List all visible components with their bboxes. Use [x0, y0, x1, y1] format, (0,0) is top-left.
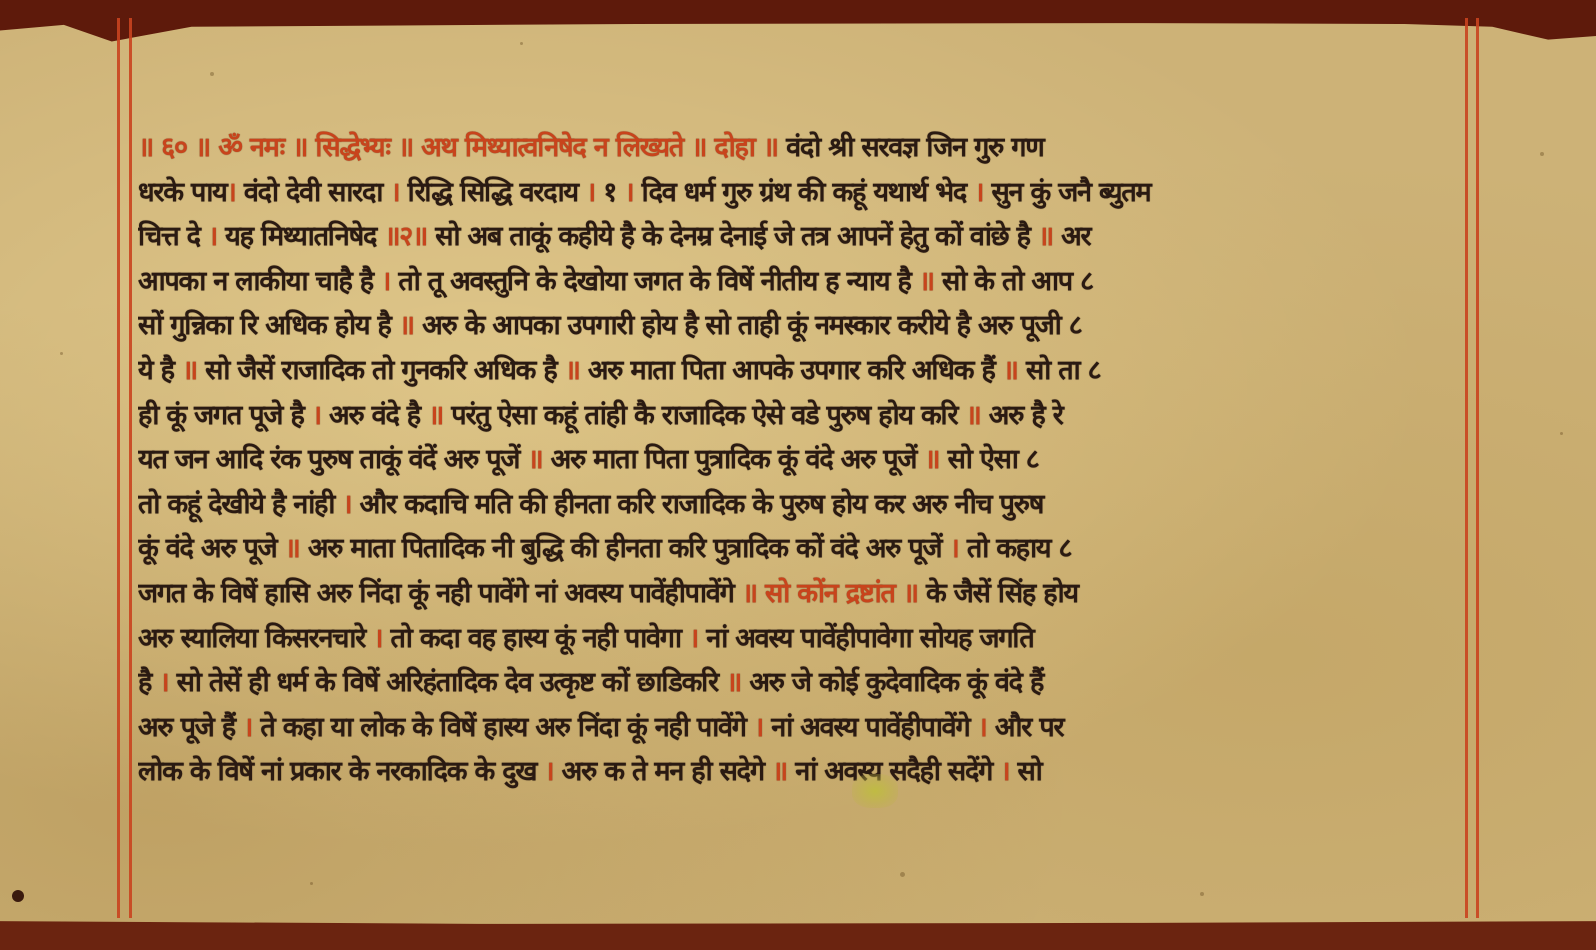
manuscript-line: यत जन आदि रंक पुरुष ताकूं वंदें अरु पूजे…: [138, 438, 1450, 483]
left-frame-rule-inner: [129, 18, 132, 918]
rubricated-text: ।: [689, 623, 698, 654]
rubricated-text: ॥: [285, 533, 300, 564]
paper-speck: [520, 42, 523, 45]
manuscript-line: तो कहूं देखीये है नांही । और कदाचि मति क…: [138, 483, 1450, 528]
manuscript-line: ॥ ६० ॥ ॐ नमः ॥ सिद्धेभ्यः ॥ अथ मिथ्यात्व…: [138, 126, 1450, 171]
paper-speck: [1200, 892, 1204, 896]
body-text: सो ता ८: [1018, 355, 1101, 386]
body-text: ये है: [138, 355, 182, 386]
paper-speck: [210, 72, 214, 76]
body-text: जगत के विषें हासि अरु निंदा कूं नही पावे…: [138, 578, 742, 609]
body-text: अरु स्यालिया किसरनचारे: [138, 623, 373, 654]
body-text: और पर: [987, 712, 1064, 743]
body-text: सो अब ताकूं कहीये है के देनम्र देनाई जे …: [427, 221, 1038, 252]
body-text: सो के तो आप ८: [934, 266, 1093, 297]
right-frame-rule-outer: [1476, 18, 1479, 918]
body-text: अरु वंदे है: [321, 400, 428, 431]
manuscript-text-block: ॥ ६० ॥ ॐ नमः ॥ सिद्धेभ्यः ॥ अथ मिथ्यात्व…: [138, 126, 1450, 795]
manuscript-line: लोक के विषें नां प्रकार के नरकादिक के दु…: [138, 750, 1450, 795]
body-text: सो तेसें ही धर्म के विषें अरिहंतादिक देव…: [168, 667, 726, 698]
body-text: दिव धर्म गुरु ग्रंथ की कहूं यथार्थ भेद: [633, 177, 974, 208]
rubricated-text: ॥२॥: [384, 221, 427, 252]
body-text: परंतु ऐसा कहूं तांही कै राजादिक ऐसे वडे …: [443, 400, 965, 431]
rubricated-text: ॥: [966, 400, 981, 431]
paper-speck: [60, 352, 63, 355]
body-text: अरु है रे: [981, 400, 1063, 431]
rubricated-text: ।: [208, 221, 217, 252]
rubricated-text: ।: [978, 712, 987, 743]
paper-speck: [900, 872, 905, 877]
body-text: सुन कुं जनै ब्युतम: [983, 177, 1150, 208]
manuscript-line: जगत के विषें हासि अरु निंदा कूं नही पावे…: [138, 572, 1450, 617]
rubricated-text: ।: [1000, 756, 1009, 787]
manuscript-line: ये है ॥ सो जैसें राजादिक तो गुनकरि अधिक …: [138, 349, 1450, 394]
manuscript-line: आपका न लाकीया चाहै है । तो तू अवस्तुनि क…: [138, 260, 1450, 305]
body-text: यह मिथ्यातनिषेद: [217, 221, 384, 252]
rubricated-text: ॥: [919, 266, 934, 297]
paper-speck: [1540, 152, 1544, 156]
body-text: है: [138, 667, 159, 698]
body-text: अरु माता पिता आपके उपगार करि अधिक हैं: [580, 355, 1003, 386]
body-text: तो कहाय ८: [959, 533, 1072, 564]
body-text: सो: [1009, 756, 1041, 787]
manuscript-line: अरु पूजे हैं । ते कहा या लोक के विषें हा…: [138, 706, 1450, 751]
body-text: तो कदा वह हास्य कूं नही पावेगा: [382, 623, 689, 654]
rubricated-text: ।: [243, 712, 252, 743]
body-text: अरु क ते मन ही सदेगे: [553, 756, 772, 787]
rubricated-text: ।: [381, 266, 390, 297]
body-text: नां अवस्य पावेंहीपावेगा सोयह जगति: [698, 623, 1033, 654]
body-text: लोक के विषें नां प्रकार के नरकादिक के दु…: [138, 756, 544, 787]
manuscript-line: सों गुन्निका रि अधिक होय है ॥ अरु के आपक…: [138, 304, 1450, 349]
manuscript-line: अरु स्यालिया किसरनचारे । तो कदा वह हास्य…: [138, 617, 1450, 662]
rubricated-text: ॥: [565, 355, 580, 386]
rubricated-text: ।: [586, 177, 595, 208]
rubricated-text: ॥: [428, 400, 443, 431]
body-text: कूं वंदे अरु पूजे: [138, 533, 285, 564]
body-text: अरु के आपका उपगारी होय है सो ताही कूं नम…: [414, 310, 1082, 341]
rubricated-text: ॥ ६० ॥ ॐ नमः ॥ सिद्धेभ्यः ॥ अथ मिथ्यात्व…: [138, 132, 778, 163]
manuscript-line: धरके पाय। वंदो देवी सारदा । रिद्धि सिद्ध…: [138, 171, 1450, 216]
rubricated-text: ॥: [772, 756, 787, 787]
body-text: के जैसें सिंह होय: [918, 578, 1078, 609]
rubricated-text: ॥: [924, 444, 939, 475]
body-text: सो जैसें राजादिक तो गुनकरि अधिक है: [197, 355, 565, 386]
body-text: अरु पूजे हैं: [138, 712, 243, 743]
body-text: यत जन आदि रंक पुरुष ताकूं वंदें अरु पूजे…: [138, 444, 527, 475]
body-text: अरु माता पिता पुत्रादिक कूं वंदे अरु पूज…: [542, 444, 924, 475]
body-text: ते कहा या लोक के विषें हास्य अरु निंदा क…: [252, 712, 754, 743]
body-text: वंदो देवी सारदा: [236, 177, 391, 208]
body-text: रिद्धि सिद्धि वरदाय: [399, 177, 586, 208]
body-text: १: [595, 177, 624, 208]
rubricated-text: ॥: [399, 310, 414, 341]
right-frame-rule-inner: [1465, 18, 1468, 918]
left-frame-rule-outer: [117, 18, 120, 918]
body-text: अर: [1053, 221, 1090, 252]
rubricated-text: ॥: [1003, 355, 1018, 386]
body-text: आपका न लाकीया चाहै है: [138, 266, 381, 297]
rubricated-text: ।: [373, 623, 382, 654]
body-text: सों गुन्निका रि अधिक होय है: [138, 310, 399, 341]
rubricated-text: ।: [974, 177, 983, 208]
paper-stain-blot: [852, 774, 898, 808]
body-text: चित्त दे: [138, 221, 208, 252]
rubricated-text: ।: [754, 712, 763, 743]
manuscript-line: ही कूं जगत पूजे है । अरु वंदे है ॥ परंतु…: [138, 394, 1450, 439]
body-text: सो ऐसा ८: [939, 444, 1038, 475]
body-text: वंदो श्री सरवज्ञ जिन गुरु गण: [778, 132, 1044, 163]
paper-speck: [310, 882, 313, 885]
manuscript-line: कूं वंदे अरु पूजे ॥ अरु माता पितादिक नी …: [138, 527, 1450, 572]
body-text: तो तू अवस्तुनि के देखोया जगत के विषें नी…: [390, 266, 919, 297]
manuscript-line: चित्त दे । यह मिथ्यातनिषेद ॥२॥ सो अब ताक…: [138, 215, 1450, 260]
body-text: तो कहूं देखीये है नांही: [138, 489, 342, 520]
rubricated-text: ॥: [726, 667, 741, 698]
manuscript-line: है । सो तेसें ही धर्म के विषें अरिहंतादि…: [138, 661, 1450, 706]
rubricated-text: ॥: [1038, 221, 1053, 252]
rubricated-text: ।: [950, 533, 959, 564]
body-text: अरु जे कोई कुदेवादिक कूं वंदे हैं: [741, 667, 1043, 698]
body-text: ही कूं जगत पूजे है: [138, 400, 312, 431]
paper-speck: [1560, 432, 1563, 435]
body-text: नां अवस्य पावेंहीपावेंगे: [763, 712, 978, 743]
rubricated-text: ॥ सो कोंन द्रष्टांत ॥: [742, 578, 918, 609]
body-text: अरु माता पितादिक नी बुद्धि की हीनता करि …: [300, 533, 950, 564]
rubricated-text: ।: [312, 400, 321, 431]
rubricated-text: ।: [227, 177, 236, 208]
body-text: और कदाचि मति की हीनता करि राजादिक के पुर…: [351, 489, 1043, 520]
body-text: धरके पाय: [138, 177, 227, 208]
ink-dot-mark: [12, 890, 24, 902]
rubricated-text: ॥: [182, 355, 197, 386]
rubricated-text: ॥: [527, 444, 542, 475]
